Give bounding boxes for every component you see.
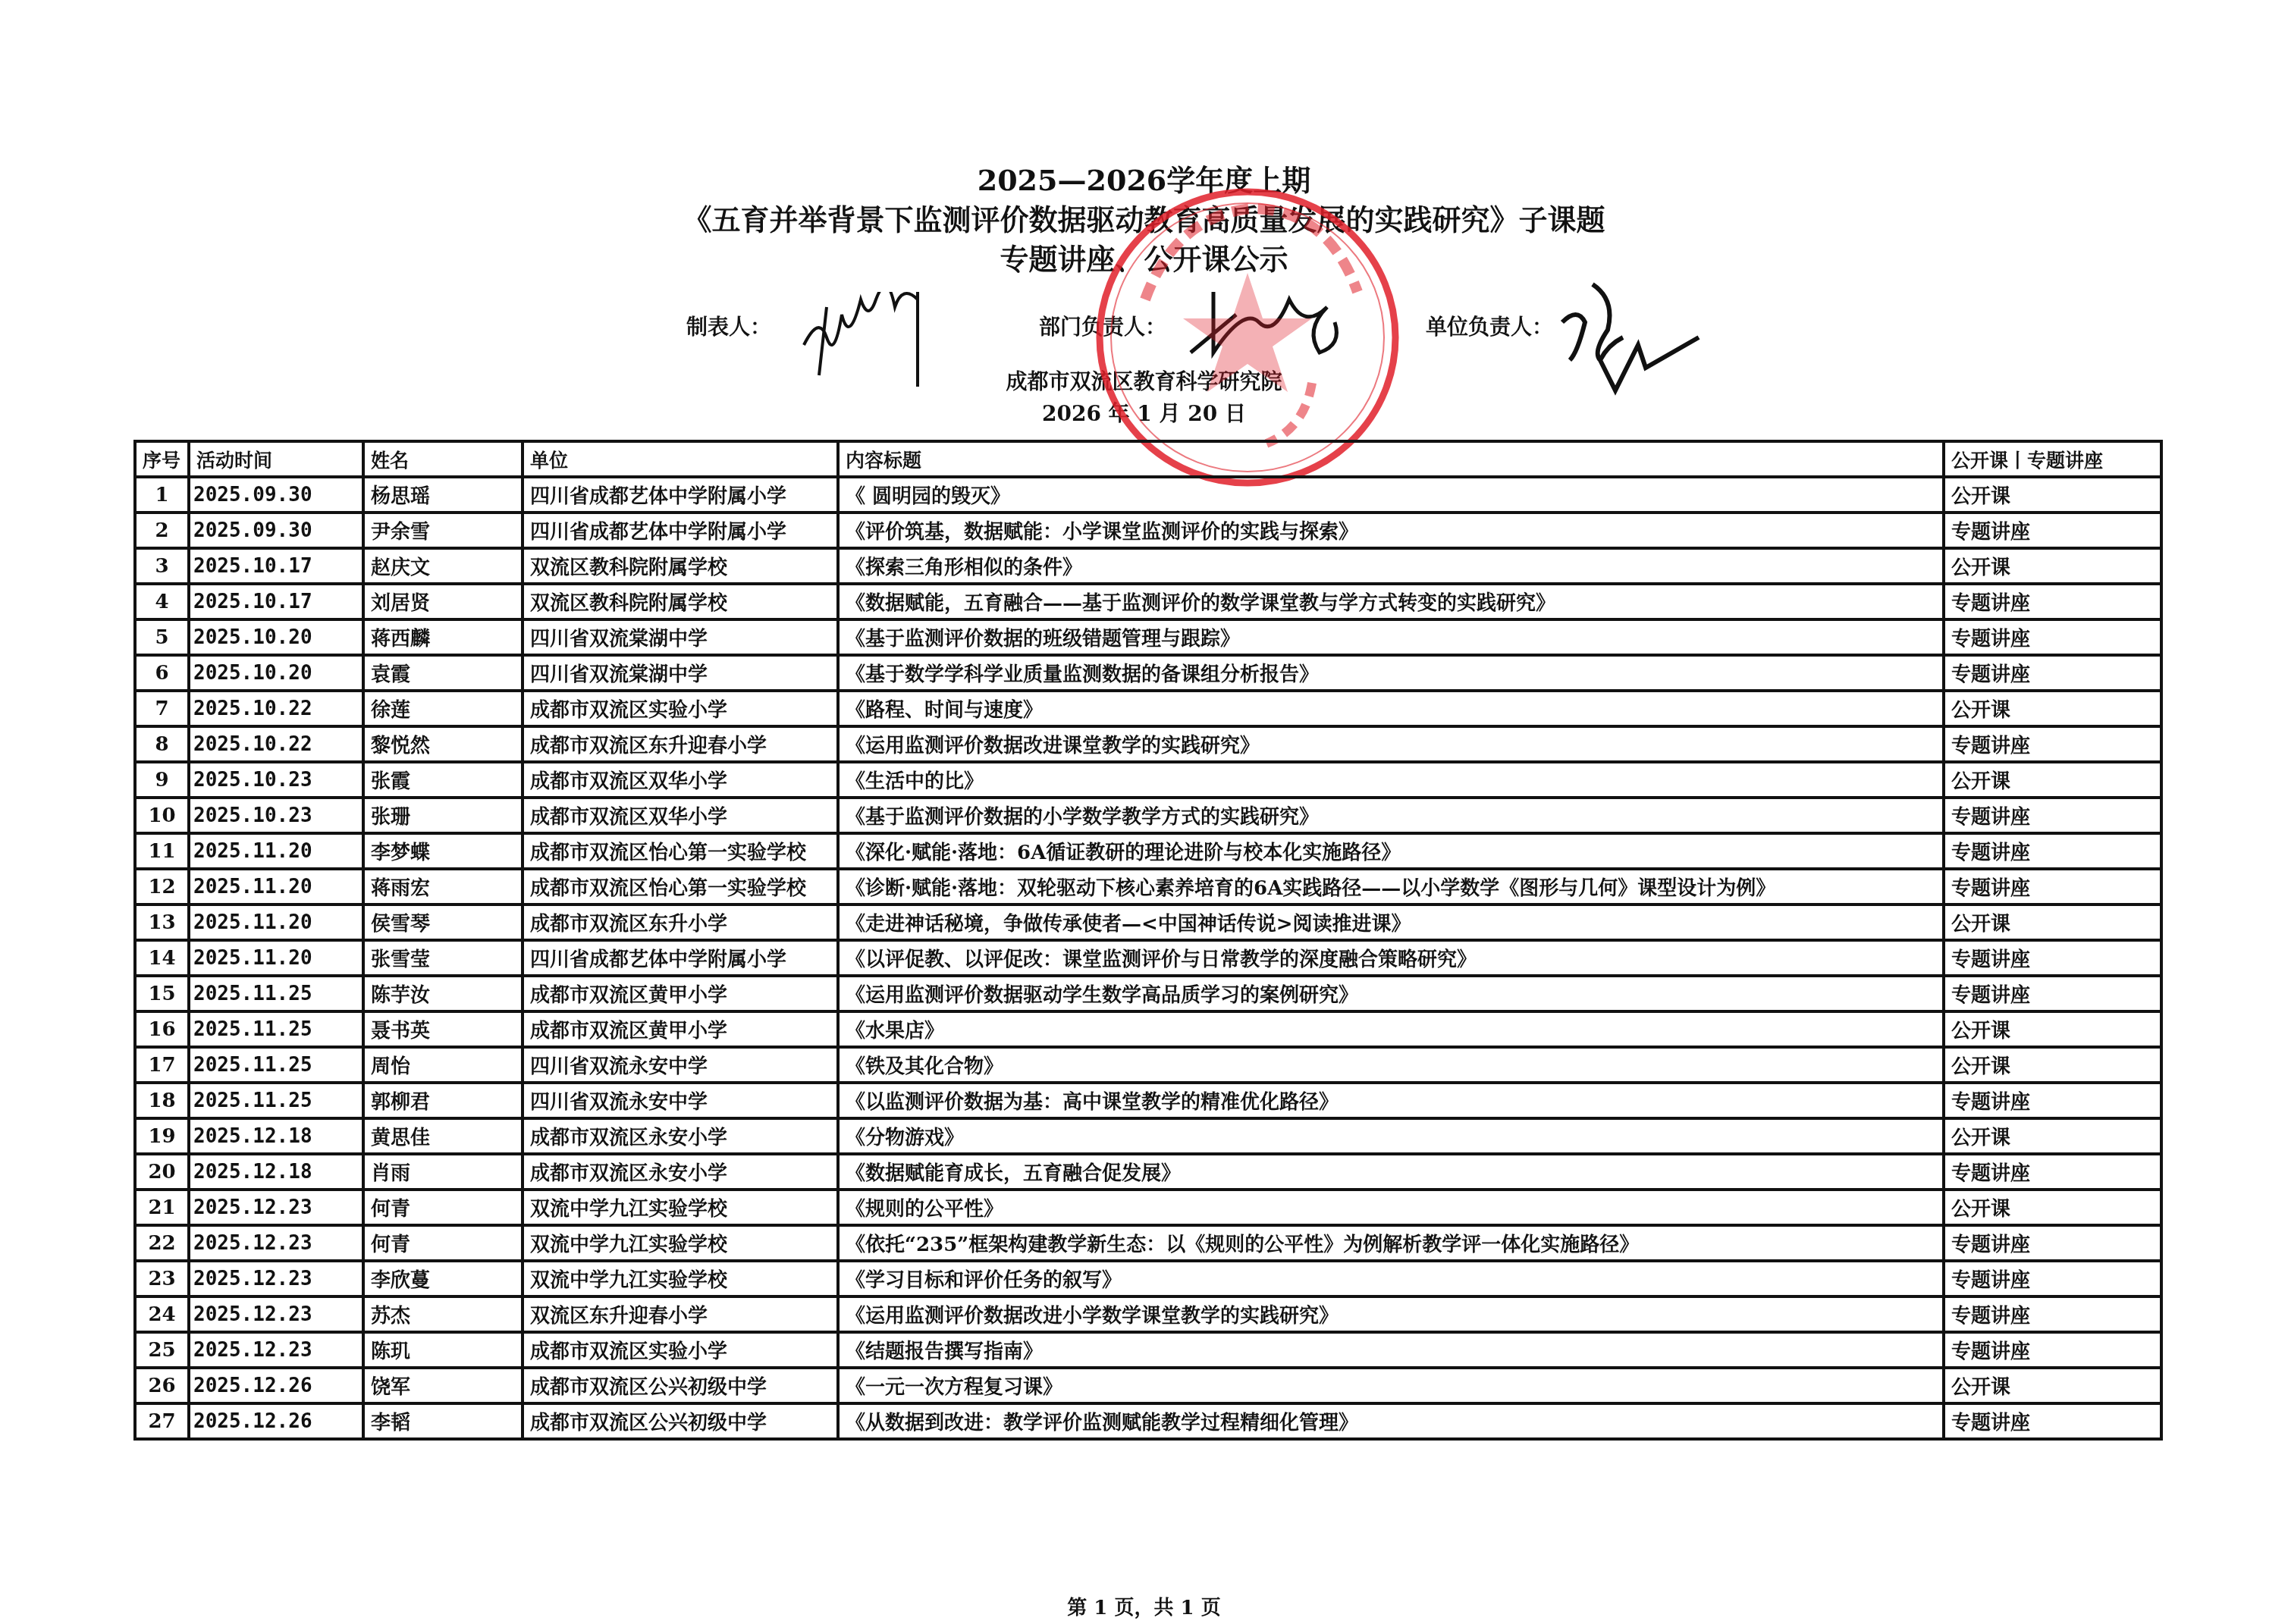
cell-name: 张雪莹	[363, 940, 523, 976]
cell-unit: 成都市双流区实验小学	[523, 691, 838, 726]
cell-no: 14	[135, 940, 189, 976]
table-row: 42025.10.17刘居贤双流区教科院附属学校《数据赋能，五育融合——基于监测…	[135, 584, 2161, 619]
cell-date: 2025.12.23	[189, 1225, 363, 1261]
cell-title: 《走进神话秘境，争做传承使者—<中国神话传说>阅读推进课》	[838, 904, 1944, 940]
cell-title: 《数据赋能，五育融合——基于监测评价的数学课堂教与学方式转变的实践研究》	[838, 584, 1944, 619]
cell-title: 《数据赋能育成长，五育融合促发展》	[838, 1154, 1944, 1190]
cell-date: 2025.12.18	[189, 1154, 363, 1190]
table-row: 122025.11.20蒋雨宏成都市双流区怡心第一实验学校《诊断·赋能·落地：双…	[135, 869, 2161, 904]
cell-name: 李欣蔓	[363, 1261, 523, 1296]
cell-type: 公开课	[1944, 1190, 2161, 1225]
activity-table: 序号 活动时间 姓名 单位 内容标题 公开课丨专题讲座 12025.09.30杨…	[133, 440, 2163, 1441]
cell-title: 《规则的公平性》	[838, 1190, 1944, 1225]
cell-date: 2025.12.23	[189, 1332, 363, 1368]
cell-title: 《以评促教、以评促改：课堂监测评价与日常教学的深度融合策略研究》	[838, 940, 1944, 976]
document-title-line1: 2025—2026学年度上期	[0, 162, 2288, 199]
cell-unit: 成都市双流区怡心第一实验学校	[523, 869, 838, 904]
cell-title: 《依托“235”框架构建教学新生态：以《规则的公平性》为例解析教学评一体化实施路…	[838, 1225, 1944, 1261]
cell-unit: 成都市双流区永安小学	[523, 1118, 838, 1154]
cell-type: 专题讲座	[1944, 833, 2161, 869]
cell-date: 2025.10.23	[189, 798, 363, 833]
cell-no: 15	[135, 976, 189, 1011]
cell-title: 《运用监测评价数据改进小学数学课堂教学的实践研究》	[838, 1296, 1944, 1332]
table-row: 182025.11.25郭柳君四川省双流永安中学《以监测评价数据为基：高中课堂教…	[135, 1083, 2161, 1118]
cell-name: 袁霞	[363, 655, 523, 691]
cell-title: 《水果店》	[838, 1011, 1944, 1047]
cell-date: 2025.12.18	[189, 1118, 363, 1154]
col-header-unit: 单位	[523, 441, 838, 477]
cell-unit: 双流中学九江实验学校	[523, 1261, 838, 1296]
cell-date: 2025.11.25	[189, 1011, 363, 1047]
cell-title: 《 圆明园的毁灭》	[838, 477, 1944, 513]
document-title-line3: 专题讲座、公开课公示	[0, 241, 2288, 277]
cell-no: 26	[135, 1368, 189, 1403]
cell-type: 专题讲座	[1944, 584, 2161, 619]
cell-type: 公开课	[1944, 548, 2161, 584]
cell-unit: 成都市双流区双华小学	[523, 798, 838, 833]
cell-type: 专题讲座	[1944, 513, 2161, 548]
cell-title: 《基于数学学科学业质量监测数据的备课组分析报告》	[838, 655, 1944, 691]
cell-name: 陈玑	[363, 1332, 523, 1368]
cell-title: 《运用监测评价数据改进课堂教学的实践研究》	[838, 726, 1944, 762]
cell-title: 《基于监测评价数据的班级错题管理与跟踪》	[838, 619, 1944, 655]
cell-title: 《学习目标和评价任务的叙写》	[838, 1261, 1944, 1296]
cell-no: 20	[135, 1154, 189, 1190]
cell-type: 公开课	[1944, 477, 2161, 513]
cell-type: 公开课	[1944, 1011, 2161, 1047]
cell-name: 蒋西麟	[363, 619, 523, 655]
cell-date: 2025.11.20	[189, 940, 363, 976]
cell-date: 2025.10.17	[189, 548, 363, 584]
table-row: 112025.11.20李梦蝶成都市双流区怡心第一实验学校《深化·赋能·落地：6…	[135, 833, 2161, 869]
page-number: 第 1 页，共 1 页	[0, 1592, 2288, 1620]
cell-unit: 成都市双流区黄甲小学	[523, 1011, 838, 1047]
cell-date: 2025.09.30	[189, 477, 363, 513]
cell-title: 《结题报告撰写指南》	[838, 1332, 1944, 1368]
cell-no: 10	[135, 798, 189, 833]
cell-type: 专题讲座	[1944, 1225, 2161, 1261]
cell-date: 2025.10.23	[189, 762, 363, 798]
cell-name: 张霞	[363, 762, 523, 798]
cell-name: 徐莲	[363, 691, 523, 726]
table-row: 102025.10.23张珊成都市双流区双华小学《基于监测评价数据的小学数学教学…	[135, 798, 2161, 833]
cell-no: 9	[135, 762, 189, 798]
table-row: 172025.11.25周怡四川省双流永安中学《铁及其化合物》公开课	[135, 1047, 2161, 1083]
table-row: 162025.11.25聂书英成都市双流区黄甲小学《水果店》公开课	[135, 1011, 2161, 1047]
cell-title: 《基于监测评价数据的小学数学教学方式的实践研究》	[838, 798, 1944, 833]
cell-date: 2025.12.23	[189, 1261, 363, 1296]
cell-no: 21	[135, 1190, 189, 1225]
cell-name: 郭柳君	[363, 1083, 523, 1118]
cell-unit: 双流区教科院附属学校	[523, 548, 838, 584]
cell-unit: 四川省双流棠湖中学	[523, 655, 838, 691]
cell-unit: 成都市双流区双华小学	[523, 762, 838, 798]
cell-date: 2025.09.30	[189, 513, 363, 548]
cell-date: 2025.10.20	[189, 655, 363, 691]
table-row: 142025.11.20张雪莹四川省成都艺体中学附属小学《以评促教、以评促改：课…	[135, 940, 2161, 976]
cell-title: 《生活中的比》	[838, 762, 1944, 798]
cell-title: 《探索三角形相似的条件》	[838, 548, 1944, 584]
cell-date: 2025.12.23	[189, 1190, 363, 1225]
cell-title: 《铁及其化合物》	[838, 1047, 1944, 1083]
cell-unit: 成都市双流区东升迎春小学	[523, 726, 838, 762]
cell-unit: 成都市双流区公兴初级中学	[523, 1368, 838, 1403]
table-row: 32025.10.17赵庆文双流区教科院附属学校《探索三角形相似的条件》公开课	[135, 548, 2161, 584]
cell-no: 6	[135, 655, 189, 691]
cell-no: 22	[135, 1225, 189, 1261]
cell-type: 专题讲座	[1944, 1083, 2161, 1118]
document-title-line2: 《五育并举背景下监测评价数据驱动教育高质量发展的实践研究》子课题	[0, 202, 2288, 238]
cell-no: 8	[135, 726, 189, 762]
cell-name: 张珊	[363, 798, 523, 833]
cell-date: 2025.11.25	[189, 1047, 363, 1083]
cell-unit: 双流中学九江实验学校	[523, 1225, 838, 1261]
cell-name: 杨思瑶	[363, 477, 523, 513]
table-row: 222025.12.23何青双流中学九江实验学校《依托“235”框架构建教学新生…	[135, 1225, 2161, 1261]
cell-name: 赵庆文	[363, 548, 523, 584]
cell-unit: 成都市双流区公兴初级中学	[523, 1403, 838, 1439]
cell-name: 何青	[363, 1225, 523, 1261]
cell-date: 2025.11.25	[189, 1083, 363, 1118]
col-header-date: 活动时间	[189, 441, 363, 477]
cell-type: 专题讲座	[1944, 1296, 2161, 1332]
table-row: 272025.12.26李韬成都市双流区公兴初级中学《从数据到改进：教学评价监测…	[135, 1403, 2161, 1439]
cell-name: 李韬	[363, 1403, 523, 1439]
cell-name: 黎悦然	[363, 726, 523, 762]
table-row: 52025.10.20蒋西麟四川省双流棠湖中学《基于监测评价数据的班级错题管理与…	[135, 619, 2161, 655]
cell-title: 《诊断·赋能·落地：双轮驱动下核心素养培育的6A实践路径——以小学数学《图形与几…	[838, 869, 1944, 904]
cell-date: 2025.12.26	[189, 1403, 363, 1439]
cell-name: 苏杰	[363, 1296, 523, 1332]
issuer-organization: 成都市双流区教育科学研究院	[0, 365, 2288, 396]
cell-no: 24	[135, 1296, 189, 1332]
cell-name: 肖雨	[363, 1154, 523, 1190]
table-row: 12025.09.30杨思瑶四川省成都艺体中学附属小学《 圆明园的毁灭》公开课	[135, 477, 2161, 513]
cell-no: 1	[135, 477, 189, 513]
cell-date: 2025.10.22	[189, 726, 363, 762]
cell-type: 公开课	[1944, 1047, 2161, 1083]
cell-no: 25	[135, 1332, 189, 1368]
table-row: 152025.11.25陈芋汝成都市双流区黄甲小学《运用监测评价数据驱动学生数学…	[135, 976, 2161, 1011]
cell-name: 尹余雪	[363, 513, 523, 548]
cell-type: 专题讲座	[1944, 869, 2161, 904]
cell-name: 饶军	[363, 1368, 523, 1403]
cell-unit: 四川省成都艺体中学附属小学	[523, 477, 838, 513]
cell-type: 专题讲座	[1944, 726, 2161, 762]
cell-date: 2025.10.20	[189, 619, 363, 655]
cell-unit: 成都市双流区实验小学	[523, 1332, 838, 1368]
table-row: 62025.10.20袁霞四川省双流棠湖中学《基于数学学科学业质量监测数据的备课…	[135, 655, 2161, 691]
cell-title: 《以监测评价数据为基：高中课堂教学的精准优化路径》	[838, 1083, 1944, 1118]
cell-no: 18	[135, 1083, 189, 1118]
cell-no: 3	[135, 548, 189, 584]
cell-name: 周怡	[363, 1047, 523, 1083]
cell-type: 专题讲座	[1944, 940, 2161, 976]
col-header-title: 内容标题	[838, 441, 1944, 477]
dept-head-signature-icon	[1183, 284, 1357, 368]
cell-name: 侯雪琴	[363, 904, 523, 940]
cell-name: 蒋雨宏	[363, 869, 523, 904]
cell-unit: 四川省双流棠湖中学	[523, 619, 838, 655]
cell-unit: 成都市双流区东升小学	[523, 904, 838, 940]
cell-unit: 双流中学九江实验学校	[523, 1190, 838, 1225]
cell-no: 17	[135, 1047, 189, 1083]
table-row: 72025.10.22徐莲成都市双流区实验小学《路程、时间与速度》公开课	[135, 691, 2161, 726]
cell-unit: 四川省双流永安中学	[523, 1047, 838, 1083]
cell-no: 19	[135, 1118, 189, 1154]
cell-date: 2025.10.22	[189, 691, 363, 726]
cell-unit: 成都市双流区黄甲小学	[523, 976, 838, 1011]
cell-date: 2025.10.17	[189, 584, 363, 619]
cell-name: 黄思佳	[363, 1118, 523, 1154]
table-row: 252025.12.23陈玑成都市双流区实验小学《结题报告撰写指南》专题讲座	[135, 1332, 2161, 1368]
cell-name: 李梦蝶	[363, 833, 523, 869]
cell-type: 专题讲座	[1944, 798, 2161, 833]
cell-title: 《深化·赋能·落地：6A循证教研的理论进阶与校本化实施路径》	[838, 833, 1944, 869]
cell-type: 专题讲座	[1944, 619, 2161, 655]
table-row: 82025.10.22黎悦然成都市双流区东升迎春小学《运用监测评价数据改进课堂教…	[135, 726, 2161, 762]
cell-unit: 成都市双流区永安小学	[523, 1154, 838, 1190]
table-row: 232025.12.23李欣蔓双流中学九江实验学校《学习目标和评价任务的叙写》专…	[135, 1261, 2161, 1296]
cell-date: 2025.12.23	[189, 1296, 363, 1332]
cell-date: 2025.12.26	[189, 1368, 363, 1403]
cell-date: 2025.11.20	[189, 833, 363, 869]
cell-name: 刘居贤	[363, 584, 523, 619]
table-row: 22025.09.30尹余雪四川省成都艺体中学附属小学《评价筑基，数据赋能：小学…	[135, 513, 2161, 548]
cell-date: 2025.11.25	[189, 976, 363, 1011]
cell-title: 《评价筑基，数据赋能：小学课堂监测评价的实践与探索》	[838, 513, 1944, 548]
table-row: 212025.12.23何青双流中学九江实验学校《规则的公平性》公开课	[135, 1190, 2161, 1225]
cell-type: 公开课	[1944, 1368, 2161, 1403]
table-row: 92025.10.23张霞成都市双流区双华小学《生活中的比》公开课	[135, 762, 2161, 798]
cell-type: 专题讲座	[1944, 655, 2161, 691]
table-row: 202025.12.18肖雨成都市双流区永安小学《数据赋能育成长，五育融合促发展…	[135, 1154, 2161, 1190]
preparer-label: 制表人：	[686, 312, 771, 343]
cell-unit: 成都市双流区怡心第一实验学校	[523, 833, 838, 869]
cell-name: 聂书英	[363, 1011, 523, 1047]
cell-no: 12	[135, 869, 189, 904]
cell-title: 《一元一次方程复习课》	[838, 1368, 1944, 1403]
cell-no: 4	[135, 584, 189, 619]
cell-type: 专题讲座	[1944, 1261, 2161, 1296]
cell-type: 公开课	[1944, 904, 2161, 940]
cell-no: 7	[135, 691, 189, 726]
cell-unit: 四川省成都艺体中学附属小学	[523, 940, 838, 976]
cell-type: 专题讲座	[1944, 1332, 2161, 1368]
dept-head-label: 部门负责人：	[1039, 312, 1166, 343]
cell-no: 5	[135, 619, 189, 655]
cell-name: 何青	[363, 1190, 523, 1225]
cell-type: 公开课	[1944, 691, 2161, 726]
cell-unit: 双流区东升迎春小学	[523, 1296, 838, 1332]
cell-type: 公开课	[1944, 762, 2161, 798]
cell-title: 《运用监测评价数据驱动学生数学高品质学习的案例研究》	[838, 976, 1944, 1011]
col-header-name: 姓名	[363, 441, 523, 477]
cell-unit: 四川省成都艺体中学附属小学	[523, 513, 838, 548]
table-row: 262025.12.26饶军成都市双流区公兴初级中学《一元一次方程复习课》公开课	[135, 1368, 2161, 1403]
cell-no: 11	[135, 833, 189, 869]
cell-title: 《从数据到改进：教学评价监测赋能教学过程精细化管理》	[838, 1403, 1944, 1439]
cell-no: 16	[135, 1011, 189, 1047]
cell-title: 《分物游戏》	[838, 1118, 1944, 1154]
cell-unit: 四川省双流永安中学	[523, 1083, 838, 1118]
cell-type: 公开课	[1944, 1118, 2161, 1154]
cell-date: 2025.11.20	[189, 869, 363, 904]
cell-name: 陈芋汝	[363, 976, 523, 1011]
unit-head-label: 单位负责人：	[1426, 312, 1553, 343]
table-header-row: 序号 活动时间 姓名 单位 内容标题 公开课丨专题讲座	[135, 441, 2161, 477]
cell-type: 专题讲座	[1944, 1154, 2161, 1190]
cell-unit: 双流区教科院附属学校	[523, 584, 838, 619]
col-header-no: 序号	[135, 441, 189, 477]
cell-no: 27	[135, 1403, 189, 1439]
cell-type: 专题讲座	[1944, 976, 2161, 1011]
cell-title: 《路程、时间与速度》	[838, 691, 1944, 726]
issuer-date: 2026 年 1 月 20 日	[0, 397, 2288, 428]
cell-type: 专题讲座	[1944, 1403, 2161, 1439]
col-header-type: 公开课丨专题讲座	[1944, 441, 2161, 477]
table-row: 242025.12.23苏杰双流区东升迎春小学《运用监测评价数据改进小学数学课堂…	[135, 1296, 2161, 1332]
cell-no: 2	[135, 513, 189, 548]
table-row: 132025.11.20侯雪琴成都市双流区东升小学《走进神话秘境，争做传承使者—…	[135, 904, 2161, 940]
cell-no: 23	[135, 1261, 189, 1296]
cell-no: 13	[135, 904, 189, 940]
table-row: 192025.12.18黄思佳成都市双流区永安小学《分物游戏》公开课	[135, 1118, 2161, 1154]
cell-date: 2025.11.20	[189, 904, 363, 940]
